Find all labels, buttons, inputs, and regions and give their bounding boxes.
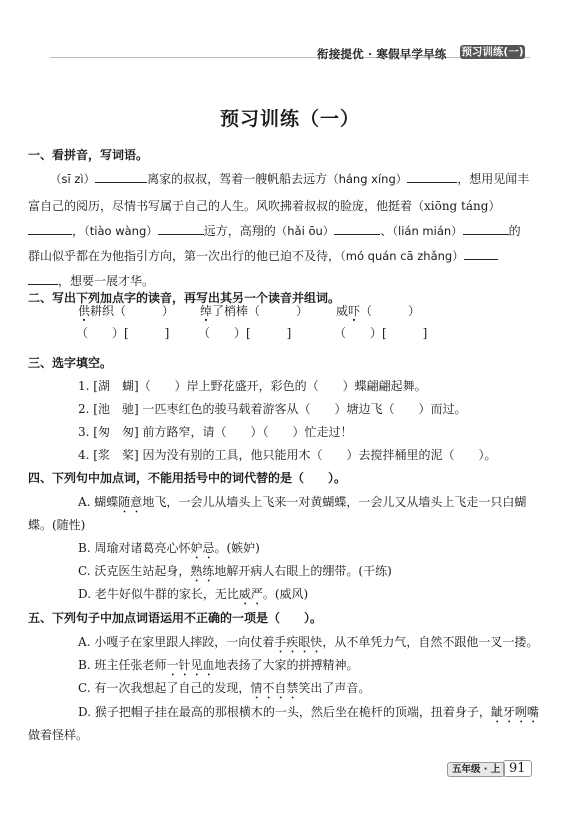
answer-blank[interactable]: [158, 222, 204, 235]
s3-item-3: 3. [匆 匆] 前方路窄，请（ ）（ ）忙走过！: [78, 423, 352, 440]
answer-paren[interactable]: （ ）: [114, 304, 174, 318]
s1-line-5: ，想要一展才华。: [28, 272, 154, 289]
section-badge: 预习训练(一): [460, 45, 525, 59]
s4-option-a-cont: 蝶。(随性): [28, 516, 85, 533]
grade-label: 五年级 · 上: [447, 762, 505, 777]
section-5-heading: 五、下列句子中加点词语运用不正确的一项是（ ）。: [28, 609, 322, 626]
s3-item-1: 1. [湖 蝴]（ ）岸上野花盛开，彩色的（ ）蝶翩翩起舞。: [78, 377, 427, 394]
answer-blank[interactable]: [28, 272, 58, 285]
answer-blank[interactable]: [464, 247, 498, 260]
section-3-heading: 三、选字填空。: [28, 354, 112, 371]
s5-option-b: B. 班主任张老师一针见血地表扬了大家的拼搏精神。: [78, 656, 358, 679]
s1-line-4: 群山似乎都在为他指引方向，第一次出行的他已迫不及待，（mó quán cā zh…: [28, 247, 498, 264]
s2-item-2: 绰了梢棒（ ）: [200, 302, 308, 319]
s3-item-4: 4. [浆 桨] 因为没有别的工具，他只能用木（ ）去搅拌桶里的泥（ ）。: [78, 446, 496, 463]
s2-row2-1[interactable]: （ ）[ ]: [76, 324, 169, 341]
page-number: 91: [503, 760, 532, 777]
s2-row2-2[interactable]: （ ）[ ]: [198, 324, 291, 341]
s1-line-2: 富自己的阅历，尽情书写属于自己的人生。风吹拂着叔叔的脸庞，他挺着（xiōng t…: [28, 197, 500, 214]
s3-item-2: 2. [池 驰] 一匹枣红色的骏马载着游客从（ ）塘边飞（ ）而过。: [78, 400, 466, 417]
series-title: 衔接提优 · 寒假早学早练: [317, 46, 447, 62]
s4-option-d: D. 老牛好似牛群的家长，无比威严。(威风): [78, 585, 308, 608]
s5-option-d: D. 猴子把帽子挂在最高的那根横木的一头，然后坐在桅杆的顶端，扭着身子，龇牙咧嘴: [78, 703, 539, 726]
section-1-heading: 一、看拼音，写词语。: [28, 146, 148, 163]
header-rule: [50, 57, 530, 58]
s2-row2-3[interactable]: （ ）[ ]: [334, 324, 427, 341]
s2-item-3: 威吓（ ）: [336, 302, 420, 319]
s2-item-1: 供耕织（ ）: [78, 302, 174, 319]
s1-line-3: ，（tiào wàng）远方，高翔的（hǎi ōu）、（lián mián）的: [28, 222, 521, 239]
section-4-heading: 四、下列句中加点词，不能用括号中的词代替的是（ ）。: [28, 469, 346, 486]
s1-line-1: （sī zì）离家的叔叔，驾着一艘帆船去远方（háng xíng），想用见闻丰: [50, 170, 529, 187]
s4-option-b: B. 周瑜对诸葛亮心怀妒忌。(嫉妒): [78, 539, 260, 562]
answer-blank[interactable]: [407, 170, 457, 183]
s4-option-c: C. 沃克医生站起身，熟练地解开病人右眼上的绷带。(干练): [78, 562, 392, 585]
answer-paren[interactable]: （ ）: [360, 304, 420, 318]
answer-blank[interactable]: [463, 222, 509, 235]
answer-paren[interactable]: （ ）: [248, 304, 308, 318]
answer-blank[interactable]: [28, 222, 72, 235]
answer-blank[interactable]: [95, 170, 147, 183]
s4-option-a: A. 蝴蝶随意地飞，一会儿从墙头上飞来一对黄蝴蝶，一会儿又从墙头上飞走一只白蝴: [78, 493, 526, 516]
s5-option-c: C. 有一次我想起了自己的发现，情不自禁笑出了声音。: [78, 679, 370, 702]
answer-blank[interactable]: [334, 222, 380, 235]
s5-option-a: A. 小嘎子在家里跟人摔跤，一向仗着手疾眼快，从不单凭力气，自然不跟他一叉一搂。: [78, 633, 538, 656]
s5-option-d-cont: 做着怪样。: [28, 726, 88, 743]
page-title: 预习训练（一）: [0, 104, 580, 131]
